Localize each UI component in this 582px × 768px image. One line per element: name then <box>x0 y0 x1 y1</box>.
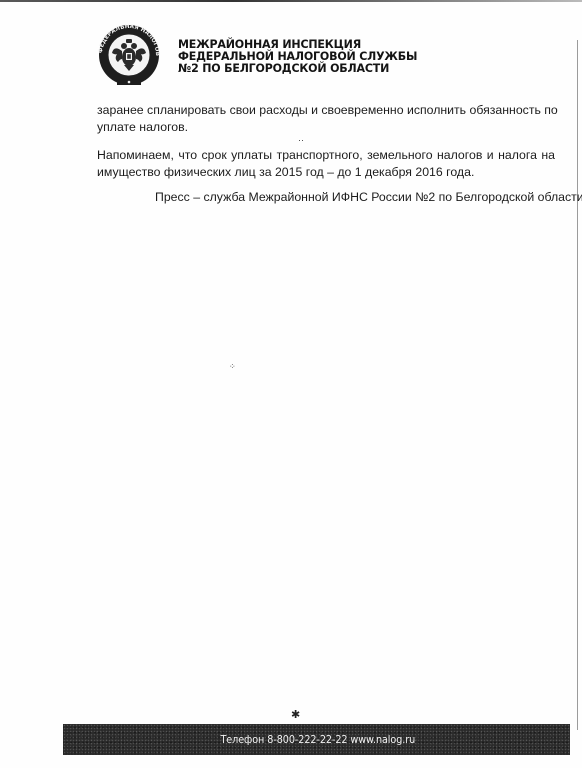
scan-speck: ·· <box>298 136 304 145</box>
footer-contact-text: Телефон 8-800-222-22-22 www.nalog.ru <box>220 734 415 746</box>
paragraph-plan-expenses: заранее спланировать свои расходы и свое… <box>97 102 555 136</box>
letterhead: ФЕДЕРАЛЬНАЯ НАЛОГОВАЯ СЛУЖБА <box>86 18 427 88</box>
phone-number: 8-800-222-22-22 <box>267 734 347 746</box>
scan-top-edge <box>0 0 582 2</box>
paragraph-deadline-reminder: Напоминаем, что срок уплаты транспортног… <box>97 147 555 181</box>
org-name-line-3: №2 ПО БЕЛГОРОДСКОЙ ОБЛАСТИ <box>178 62 417 74</box>
paragraph-2-line-2: имущество физических лиц за 2015 год – д… <box>97 164 555 181</box>
press-service-signature: Пресс – служба Межрайонной ИФНС России №… <box>155 190 582 204</box>
website-link: www.nalog.ru <box>350 734 415 746</box>
paragraph-1-line-1: заранее спланировать свои расходы и свое… <box>97 102 555 119</box>
paragraph-1-line-2: уплате налогов. <box>97 119 555 136</box>
document-page: ФЕДЕРАЛЬНАЯ НАЛОГОВАЯ СЛУЖБА <box>0 0 582 768</box>
tax-service-emblem-icon: ФЕДЕРАЛЬНАЯ НАЛОГОВАЯ СЛУЖБА <box>86 19 172 87</box>
scan-mark-icon: ✱ <box>291 708 300 721</box>
organization-name: МЕЖРАЙОННАЯ ИНСПЕКЦИЯ ФЕДЕРАЛЬНОЙ НАЛОГО… <box>178 38 417 74</box>
scan-right-edge <box>577 40 578 730</box>
paragraph-2-line-1: Напоминаем, что срок уплаты транспортног… <box>97 147 555 164</box>
scan-speck: ⁘ <box>229 362 236 371</box>
footer-contact-bar: Телефон 8-800-222-22-22 www.nalog.ru <box>63 724 570 755</box>
phone-label: Телефон <box>220 734 264 746</box>
